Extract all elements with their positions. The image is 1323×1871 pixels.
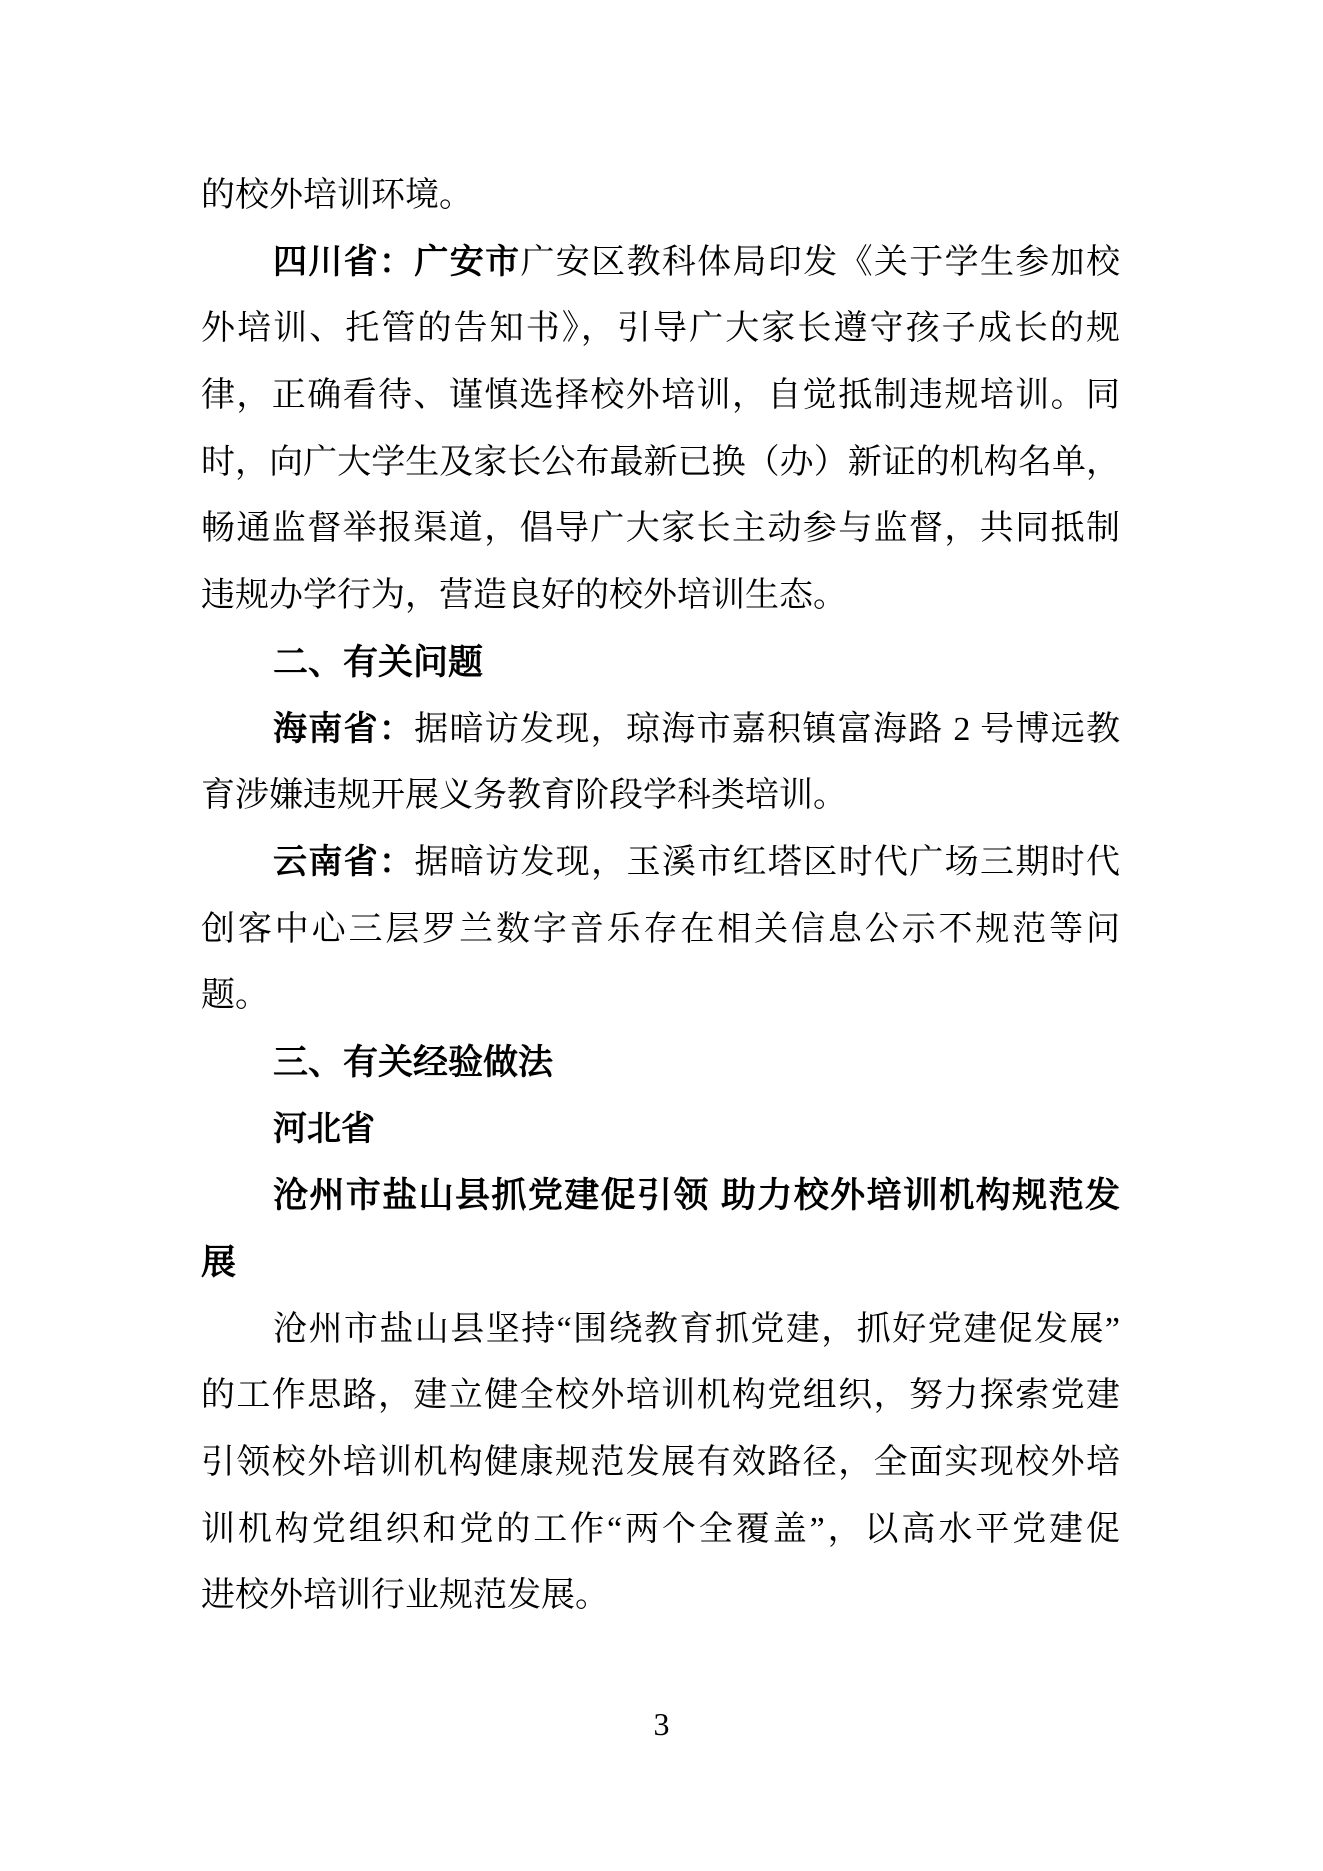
line-text: 创客中心三层罗兰数字音乐存在相关信息公示不规范等问 xyxy=(201,911,1120,948)
text-line: 创客中心三层罗兰数字音乐存在相关信息公示不规范等问 xyxy=(201,897,1120,964)
text-line: 海南省：据暗访发现，琼海市嘉积镇富海路 2 号博远教 xyxy=(201,697,1120,764)
text-line: 四川省：广安市广安区教科体局印发《关于学生参加校 xyxy=(201,230,1120,297)
text-line: 河北省 xyxy=(201,1097,1120,1164)
text-line: 三、有关经验做法 xyxy=(201,1030,1120,1097)
text-line: 时，向广大学生及家长公布最新已换（办）新证的机构名单， xyxy=(201,430,1120,497)
line-text: 二、有关问题 xyxy=(273,643,483,682)
text-line: 育涉嫌违规开展义务教育阶段学科类培训。 xyxy=(201,763,1120,830)
document-page: 的校外培训环境。 四川省：广安市广安区教科体局印发《关于学生参加校 外培训、托管… xyxy=(0,0,1323,1871)
text-line: 题。 xyxy=(201,963,1120,1030)
line-text: 据暗访发现，玉溪市红塔区时代广场三期时代 xyxy=(414,844,1120,881)
line-text: 广安区教科体局印发《关于学生参加校 xyxy=(520,244,1120,281)
line-lead-bold: 海南省： xyxy=(273,711,414,748)
text-line: 律，正确看待、谨慎选择校外培训，自觉抵制违规培训。同 xyxy=(201,363,1120,430)
text-line: 违规办学行为，营造良好的校外培训生态。 xyxy=(201,563,1120,630)
line-text: 训机构党组织和党的工作“两个全覆盖”，以高水平党建促 xyxy=(201,1511,1120,1548)
text-line: 的工作思路，建立健全校外培训机构党组织，努力探索党建 xyxy=(201,1363,1120,1430)
text-line: 外培训、托管的告知书》，引导广大家长遵守孩子成长的规 xyxy=(201,296,1120,363)
line-text: 时，向广大学生及家长公布最新已换（办）新证的机构名单， xyxy=(201,444,1120,481)
text-line: 训机构党组织和党的工作“两个全覆盖”，以高水平党建促 xyxy=(201,1497,1120,1564)
line-text: 违规办学行为，营造良好的校外培训生态。 xyxy=(201,577,847,614)
line-text: 的校外培训环境。 xyxy=(201,177,473,214)
page-number: 3 xyxy=(654,1706,670,1742)
text-line: 沧州市盐山县坚持“围绕教育抓党建，抓好党建促发展” xyxy=(201,1297,1120,1364)
line-text: 的工作思路，建立健全校外培训机构党组织，努力探索党建 xyxy=(201,1377,1120,1414)
line-text: 引领校外培训机构健康规范发展有效路径，全面实现校外培 xyxy=(201,1444,1120,1481)
text-line: 的校外培训环境。 xyxy=(201,163,1120,230)
text-line: 二、有关问题 xyxy=(201,630,1120,697)
line-text: 题。 xyxy=(201,977,269,1014)
line-text: 进校外培训行业规范发展。 xyxy=(201,1577,609,1614)
line-lead-bold: 云南省： xyxy=(273,844,414,881)
line-text: 律，正确看待、谨慎选择校外培训，自觉抵制违规培训。同 xyxy=(201,377,1120,414)
text-line: 畅通监督举报渠道，倡导广大家长主动参与监督，共同抵制 xyxy=(201,496,1120,563)
line-text: 三、有关经验做法 xyxy=(273,1043,553,1082)
line-text: 育涉嫌违规开展义务教育阶段学科类培训。 xyxy=(201,777,847,814)
page-footer: 3 xyxy=(0,1706,1323,1743)
text-line: 引领校外培训机构健康规范发展有效路径，全面实现校外培 xyxy=(201,1430,1120,1497)
line-text: 据暗访发现，琼海市嘉积镇富海路 2 号博远教 xyxy=(414,711,1120,748)
line-text: 展 xyxy=(201,1243,236,1282)
text-line: 进校外培训行业规范发展。 xyxy=(201,1563,1120,1630)
line-lead-bold: 四川省：广安市 xyxy=(273,244,520,281)
line-text: 畅通监督举报渠道，倡导广大家长主动参与监督，共同抵制 xyxy=(201,510,1120,547)
text-line: 展 xyxy=(201,1230,1120,1297)
text-line: 沧州市盐山县抓党建促引领 助力校外培训机构规范发 xyxy=(201,1163,1120,1230)
text-line: 云南省：据暗访发现，玉溪市红塔区时代广场三期时代 xyxy=(201,830,1120,897)
line-text: 外培训、托管的告知书》，引导广大家长遵守孩子成长的规 xyxy=(201,310,1120,347)
line-lead-bold: 河北省 xyxy=(273,1111,375,1148)
line-text: 沧州市盐山县抓党建促引领 助力校外培训机构规范发 xyxy=(273,1176,1120,1215)
line-text: 沧州市盐山县坚持“围绕教育抓党建，抓好党建促发展” xyxy=(273,1311,1120,1348)
document-body: 的校外培训环境。 四川省：广安市广安区教科体局印发《关于学生参加校 外培训、托管… xyxy=(201,163,1120,1630)
